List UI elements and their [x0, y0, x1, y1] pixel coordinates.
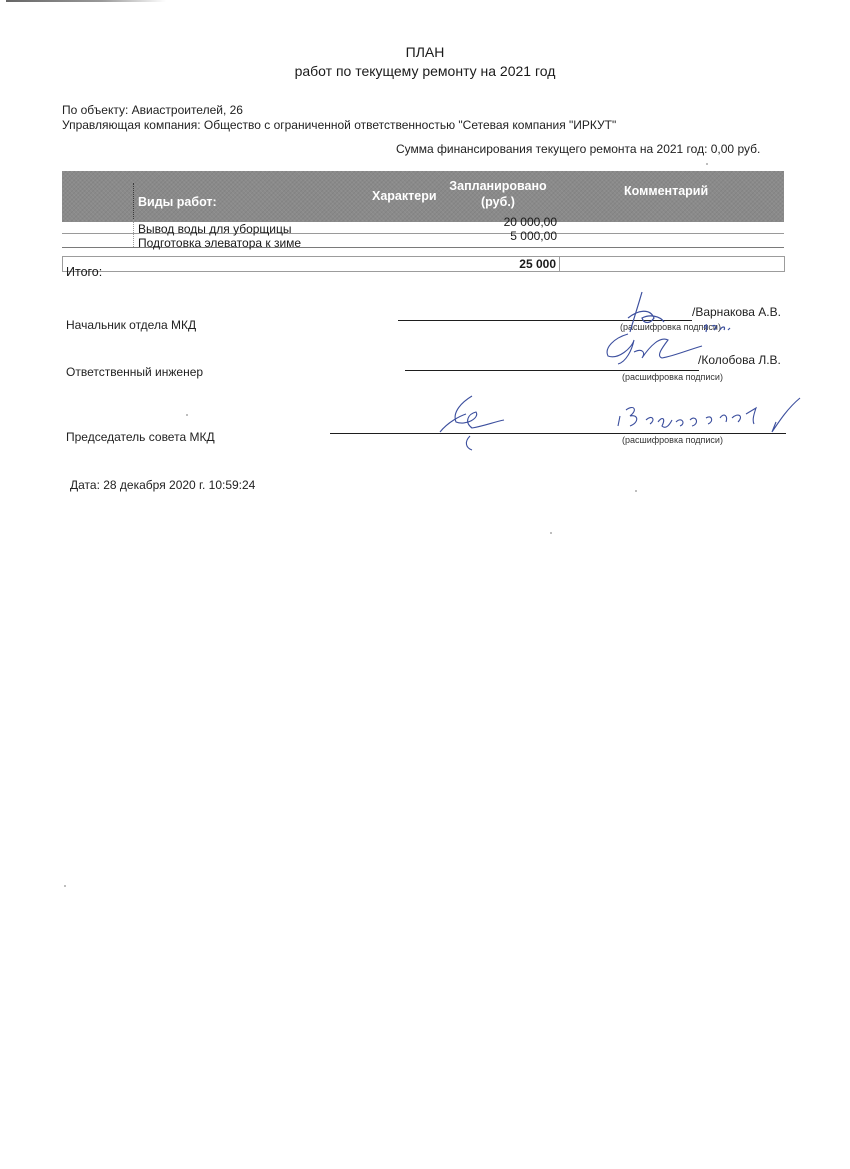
date-line: Дата: 28 декабря 2020 г. 10:59:24 [70, 478, 255, 492]
signature-role: Начальник отдела МКД [66, 318, 196, 332]
signature-line [405, 370, 699, 371]
signature-name: /Варнакова А.В. [692, 305, 781, 319]
header-planned-line2: (руб.) [442, 194, 554, 210]
handwritten-signature-icon [432, 392, 512, 452]
header-planned-line1: Запланировано [442, 178, 554, 194]
company-line: Управляющая компания: Общество с огранич… [62, 118, 616, 132]
scan-speck [64, 885, 66, 887]
signature-name: /Колобова Л.В. [698, 353, 781, 367]
header-types: Виды работ: [138, 195, 217, 209]
table-row: Подготовка элеватора к зиме 5 000,00 [62, 234, 784, 248]
signature-role: Ответственный инженер [66, 365, 203, 379]
column-divider [133, 183, 134, 223]
work-amount: 5 000,00 [442, 229, 557, 243]
signature-caption: (расшифровка подписи) [622, 372, 723, 382]
signature-caption: (расшифровка подписи) [620, 322, 721, 332]
total-row: Итого: 25 000 [62, 256, 784, 271]
column-divider [133, 220, 134, 233]
total-comment-box [559, 256, 785, 272]
header-planned: Запланировано (руб.) [442, 178, 554, 210]
work-name: Подготовка элеватора к зиме [138, 236, 301, 250]
document-title: ПЛАН [0, 44, 850, 60]
signature-role: Председатель совета МКД [66, 430, 215, 444]
table-header: Виды работ: Характери Запланировано (руб… [62, 171, 784, 222]
scan-speck [186, 414, 188, 416]
work-amount: 20 000,00 [442, 215, 557, 229]
total-label: Итого: [66, 265, 102, 279]
signature-caption: (расшифровка подписи) [622, 435, 723, 445]
object-line: По объекту: Авиастроителей, 26 [62, 103, 243, 117]
header-characteristics: Характери [372, 189, 437, 203]
handwritten-signature-icon [598, 330, 708, 370]
funding-line: Сумма финансирования текущего ремонта на… [396, 142, 760, 156]
signature-line [398, 320, 692, 321]
document-subtitle: работ по текущему ремонту на 2021 год [0, 63, 850, 79]
signature-line [330, 433, 786, 434]
scan-speck [706, 163, 708, 165]
scan-speck [635, 490, 637, 492]
scan-speck [550, 532, 552, 534]
column-divider [133, 234, 134, 247]
scan-edge [6, 0, 166, 2]
total-value: 25 000 [442, 257, 556, 271]
table-row: Вывод воды для уборщицы 20 000,00 [62, 220, 784, 234]
header-comment: Комментарий [624, 184, 708, 198]
